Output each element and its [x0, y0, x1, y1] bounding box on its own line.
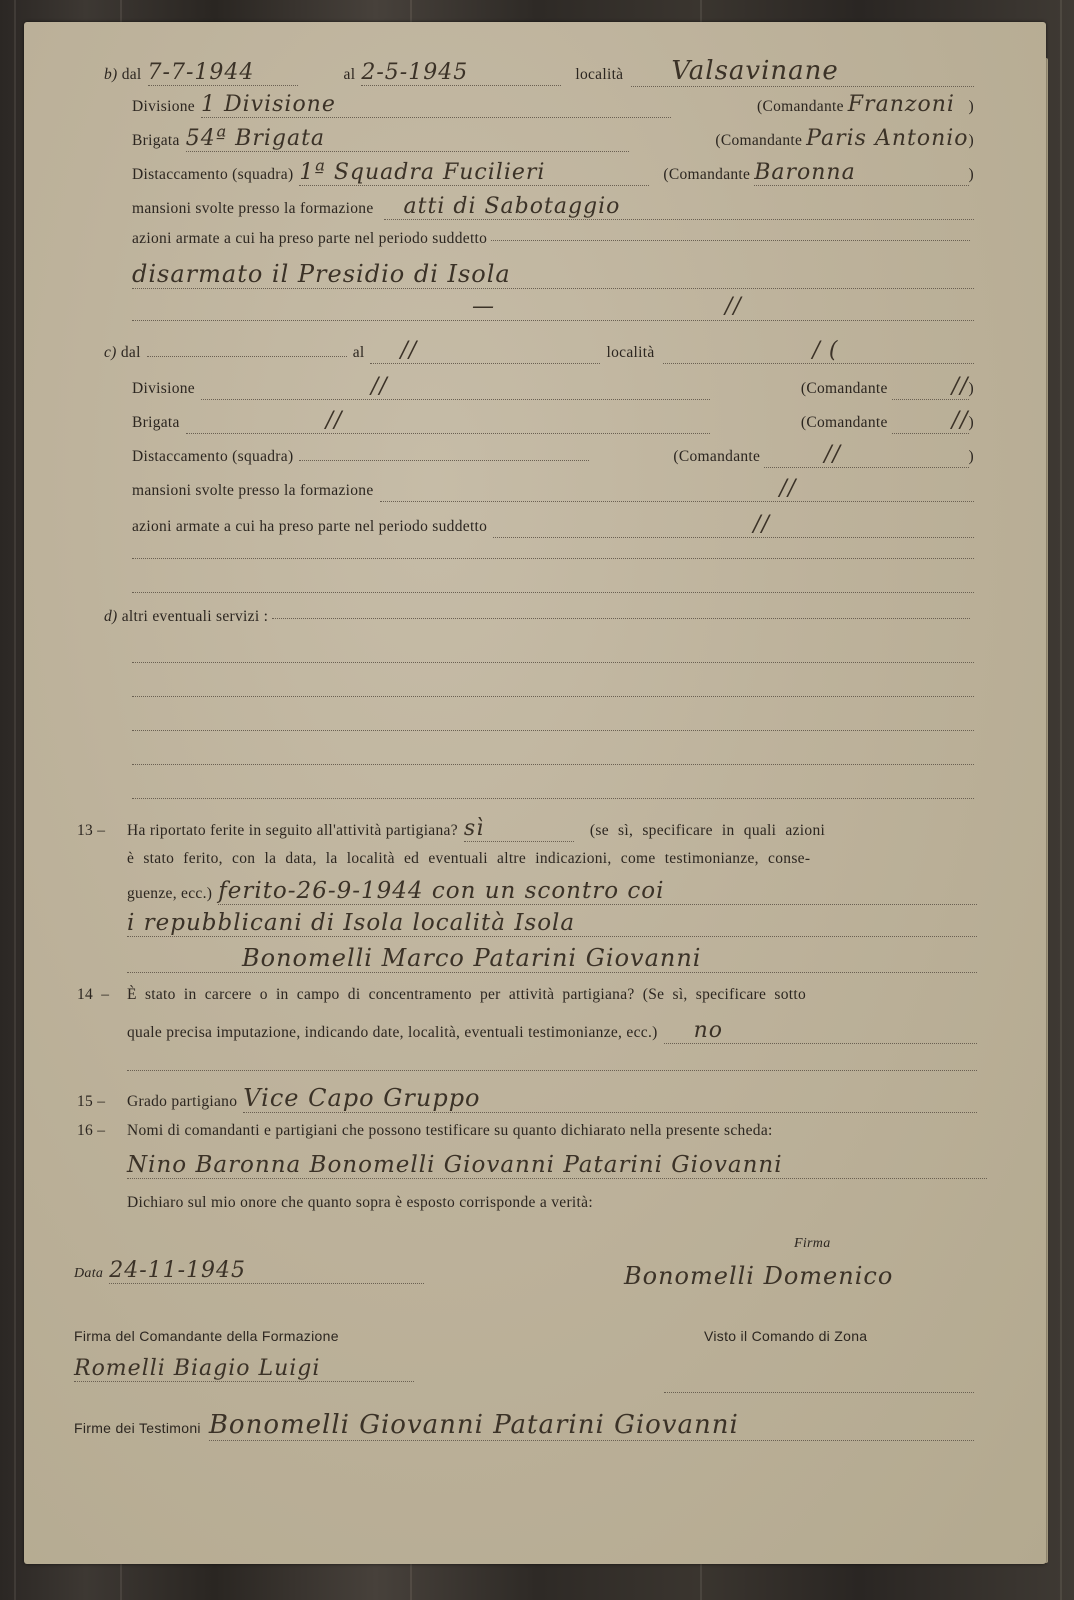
brigata-field[interactable]: 54ª Brigata: [186, 126, 630, 152]
comandante-signature-field[interactable]: Romelli Biagio Luigi: [74, 1356, 414, 1382]
distaccamento-label: Distaccamento (squadra): [132, 166, 293, 184]
q16-question: Nomi di comandanti e partigiani che poss…: [127, 1122, 773, 1140]
firma-comandante-label: Firma del Comandante della Formazione: [74, 1328, 339, 1344]
testimoni-signature-field[interactable]: Bonomelli Giovanni Patarini Giovanni: [209, 1410, 974, 1441]
data-row: Data 24-11-1945: [74, 1258, 424, 1284]
c-al-field[interactable]: //: [370, 338, 600, 364]
q16-number: 16 –: [77, 1122, 127, 1140]
section-b-distaccamento-row: Distaccamento (squadra) 1ª Squadra Fucil…: [132, 160, 974, 186]
data-label: Data: [74, 1266, 103, 1282]
q16-answer-line[interactable]: Nino Baronna Bonomelli Giovanni Patarini…: [127, 1152, 987, 1179]
comandante-formazione-label-row: Firma del Comandante della Formazione: [74, 1328, 339, 1344]
localita-label: località: [575, 66, 623, 84]
c-azioni-answer-line-2[interactable]: [132, 592, 974, 593]
visto-comando-zona-label: Visto il Comando di Zona: [704, 1328, 867, 1344]
azioni-answer-line-2[interactable]: — //: [132, 294, 974, 321]
divisione-field[interactable]: 1 Divisione: [201, 92, 671, 118]
q15-number: 15 –: [77, 1093, 127, 1111]
q14-answer-field[interactable]: no: [664, 1018, 977, 1044]
altri-servizi-line-2[interactable]: [132, 662, 974, 663]
firme-testimoni-label: Firme dei Testimoni: [74, 1420, 201, 1436]
q14-answer-line-2[interactable]: [127, 1070, 977, 1071]
altri-servizi-field[interactable]: [272, 617, 970, 619]
q14-number: 14 –: [77, 986, 127, 1004]
firma-signature[interactable]: Bonomelli Domenico: [624, 1262, 984, 1290]
section-c-azioni-row: azioni armate a cui ha preso parte nel p…: [132, 512, 974, 538]
firma-label: Firma: [794, 1236, 831, 1252]
section-b-marker: b): [104, 66, 118, 84]
q13-row-2: è stato ferito, con la data, la località…: [127, 850, 987, 868]
q13-detail-field[interactable]: ferito-26-9-1944 con un scontro coi: [218, 878, 977, 905]
c-dal-field[interactable]: [147, 355, 347, 357]
visto-label-row: Visto il Comando di Zona: [704, 1328, 867, 1344]
q14-row-2: quale precisa imputazione, indicando dat…: [127, 1018, 977, 1044]
q13-detail-line-2[interactable]: i repubblicani di Isola località Isola: [127, 910, 977, 937]
section-b-divisione-row: Divisione 1 Divisione (Comandante Franzo…: [132, 92, 974, 118]
section-b-azioni-row: azioni armate a cui ha preso parte nel p…: [132, 230, 974, 248]
mansioni-field[interactable]: atti di Sabotaggio: [384, 194, 974, 220]
q13-row-3: guenze, ecc.) ferito-26-9-1944 con un sc…: [127, 878, 977, 905]
q15-row: 15 – Grado partigiano Vice Capo Gruppo: [77, 1084, 977, 1113]
c-divisione-field[interactable]: //: [201, 374, 710, 400]
distaccamento-field[interactable]: 1ª Squadra Fucilieri: [299, 160, 649, 186]
q13-detail-line-3[interactable]: Bonomelli Marco Patarini Giovanni: [127, 944, 977, 973]
section-b-brigata-row: Brigata 54ª Brigata (Comandante Paris An…: [132, 126, 974, 152]
distaccamento-comandante-field[interactable]: Baronna: [754, 160, 968, 186]
section-d-marker: d): [104, 608, 118, 626]
c-distaccamento-comandante-field[interactable]: //: [764, 442, 968, 468]
section-c-marker: c): [104, 344, 117, 362]
section-d-row: d) altri eventuali servizi :: [104, 608, 974, 626]
c-brigata-field[interactable]: //: [186, 408, 710, 434]
section-c-mansioni-row: mansioni svolte presso la formazione //: [132, 476, 974, 502]
testimoni-row: Firme dei Testimoni Bonomelli Giovanni P…: [74, 1410, 974, 1441]
brigata-comandante-field[interactable]: Paris Antonio: [806, 126, 968, 151]
data-field[interactable]: 24-11-1945: [109, 1258, 424, 1284]
al-field[interactable]: 2-5-1945: [361, 60, 561, 86]
divisione-comandante-field[interactable]: Franzoni: [848, 92, 969, 117]
dal-label: dal: [122, 66, 142, 84]
partisan-record-form: b) dal 7-7-1944 al 2-5-1945 località Val…: [24, 22, 1046, 1564]
q13-number: 13 –: [77, 822, 127, 840]
grado-partigiano-field[interactable]: Vice Capo Gruppo: [243, 1084, 977, 1113]
visto-signature-field[interactable]: [664, 1392, 974, 1393]
c-mansioni-field[interactable]: //: [380, 476, 974, 502]
section-b-dates-row: b) dal 7-7-1944 al 2-5-1945 località Val…: [104, 56, 974, 87]
altri-servizi-line-6[interactable]: [132, 798, 974, 799]
declaration-row: Dichiaro sul mio onore che quanto sopra …: [127, 1194, 987, 1212]
c-divisione-comandante-field[interactable]: //: [892, 374, 969, 400]
azioni-answer-line[interactable]: disarmato il Presidio di Isola: [132, 260, 974, 289]
section-c-dates-row: c) dal al // località / (: [104, 338, 974, 364]
firma-label-row: Firma: [794, 1236, 831, 1252]
grado-partigiano-label: Grado partigiano: [127, 1093, 237, 1111]
c-azioni-answer-line[interactable]: [132, 558, 974, 559]
altri-servizi-label: altri eventuali servizi :: [122, 608, 269, 626]
altri-servizi-line-4[interactable]: [132, 730, 974, 731]
al-label: al: [344, 66, 356, 84]
brigata-label: Brigata: [132, 132, 180, 150]
section-c-divisione-row: Divisione // (Comandante // ): [132, 374, 974, 400]
divisione-label: Divisione: [132, 98, 195, 116]
mansioni-label: mansioni svolte presso la formazione: [132, 200, 374, 218]
c-distaccamento-field[interactable]: [299, 459, 589, 461]
section-c-distaccamento-row: Distaccamento (squadra) (Comandante // ): [132, 442, 974, 468]
section-b-mansioni-row: mansioni svolte presso la formazione att…: [132, 194, 974, 220]
q14-question: È stato in carcere o in campo di concent…: [127, 986, 806, 1004]
section-c-brigata-row: Brigata // (Comandante // ): [132, 408, 974, 434]
dal-field[interactable]: 7-7-1944: [148, 60, 298, 86]
c-brigata-comandante-field[interactable]: //: [892, 408, 969, 434]
q13-question: Ha riportato ferite in seguito all'attiv…: [127, 822, 458, 840]
altri-servizi-line-5[interactable]: [132, 764, 974, 765]
q13-row-1: 13 – Ha riportato ferite in seguito all'…: [77, 816, 987, 842]
declaration-text: Dichiaro sul mio onore che quanto sopra …: [127, 1194, 593, 1212]
comandante-label: (Comandante: [757, 98, 844, 116]
c-localita-field[interactable]: / (: [663, 338, 975, 364]
altri-servizi-line-3[interactable]: [132, 696, 974, 697]
q14-row-1: 14 – È stato in carcere o in campo di co…: [77, 986, 987, 1004]
q16-row: 16 – Nomi di comandanti e partigiani che…: [77, 1122, 987, 1140]
c-azioni-field[interactable]: //: [493, 512, 974, 538]
q13-answer-field[interactable]: sì: [464, 816, 574, 842]
localita-field[interactable]: Valsavinane: [631, 56, 974, 87]
azioni-label: azioni armate a cui ha preso parte nel p…: [132, 230, 487, 248]
